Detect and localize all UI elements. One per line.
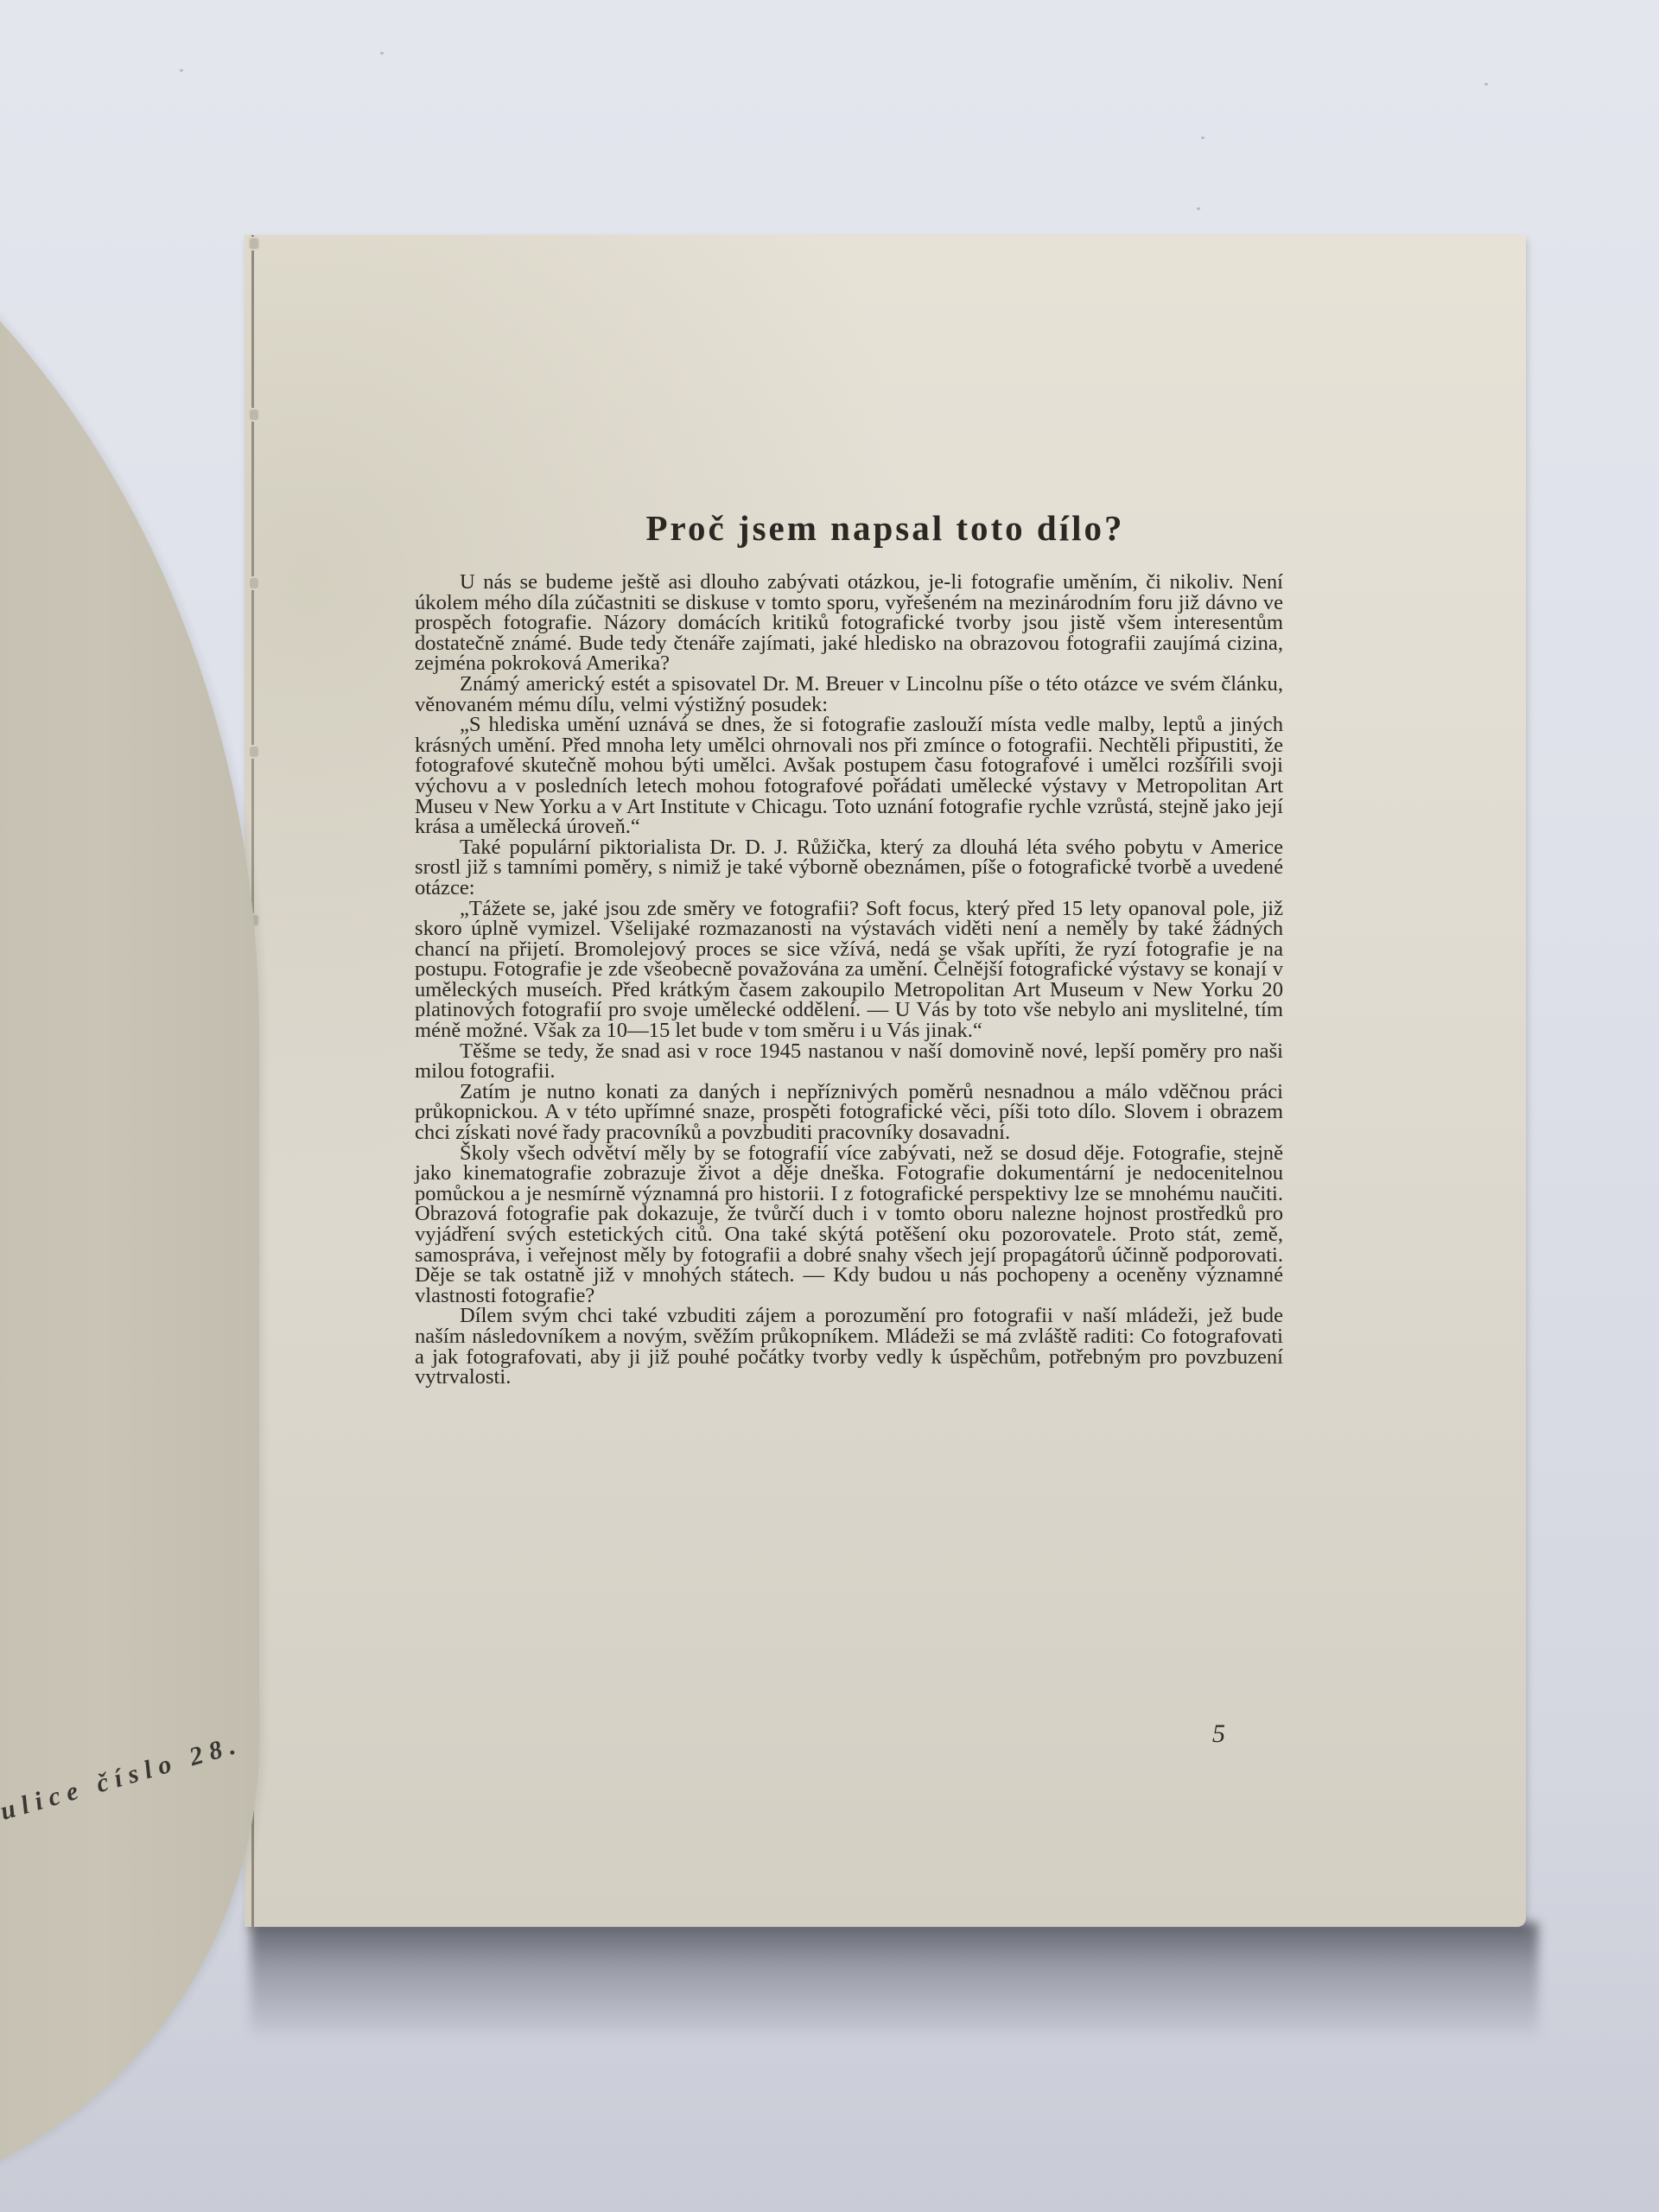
binding-stitch bbox=[248, 237, 260, 251]
page-title: Proč jsem napsal toto dílo? bbox=[245, 507, 1526, 549]
dust-speck bbox=[1201, 137, 1205, 139]
dust-speck bbox=[380, 52, 384, 54]
paragraph: Dílem svým chci také vzbuditi zájem a po… bbox=[415, 1306, 1283, 1387]
quote-paragraph: „Tážete se, jaké jsou zde směry ve fotog… bbox=[415, 899, 1283, 1041]
quote-paragraph: „S hlediska umění uznává se dnes, že si … bbox=[415, 715, 1283, 837]
paragraph: Známý americký estét a spisovatel Dr. M.… bbox=[415, 674, 1283, 715]
left-page bbox=[0, 69, 259, 2212]
binding-stitch bbox=[248, 576, 260, 590]
dust-speck bbox=[1484, 83, 1488, 86]
paragraph: U nás se budeme ještě asi dlouho zabývat… bbox=[415, 572, 1283, 674]
dust-speck bbox=[180, 69, 183, 72]
dust-speck bbox=[1197, 207, 1200, 210]
binding-stitch bbox=[248, 745, 260, 759]
paragraph: Těšme se tedy, že snad asi v roce 1945 n… bbox=[415, 1041, 1283, 1082]
paragraph: Školy všech odvětví měly by se fotografi… bbox=[415, 1143, 1283, 1306]
paragraph: Zatím je nutno konati za daných i nepříz… bbox=[415, 1082, 1283, 1143]
page-number: 5 bbox=[1212, 1719, 1225, 1749]
paragraph: Také populární piktorialista Dr. D. J. R… bbox=[415, 837, 1283, 899]
book-shadow bbox=[251, 1923, 1538, 2035]
right-page: Proč jsem napsal toto dílo? U nás se bud… bbox=[245, 235, 1526, 1927]
binding-stitch bbox=[248, 408, 260, 422]
body-text: U nás se budeme ještě asi dlouho zabývat… bbox=[415, 572, 1283, 1388]
